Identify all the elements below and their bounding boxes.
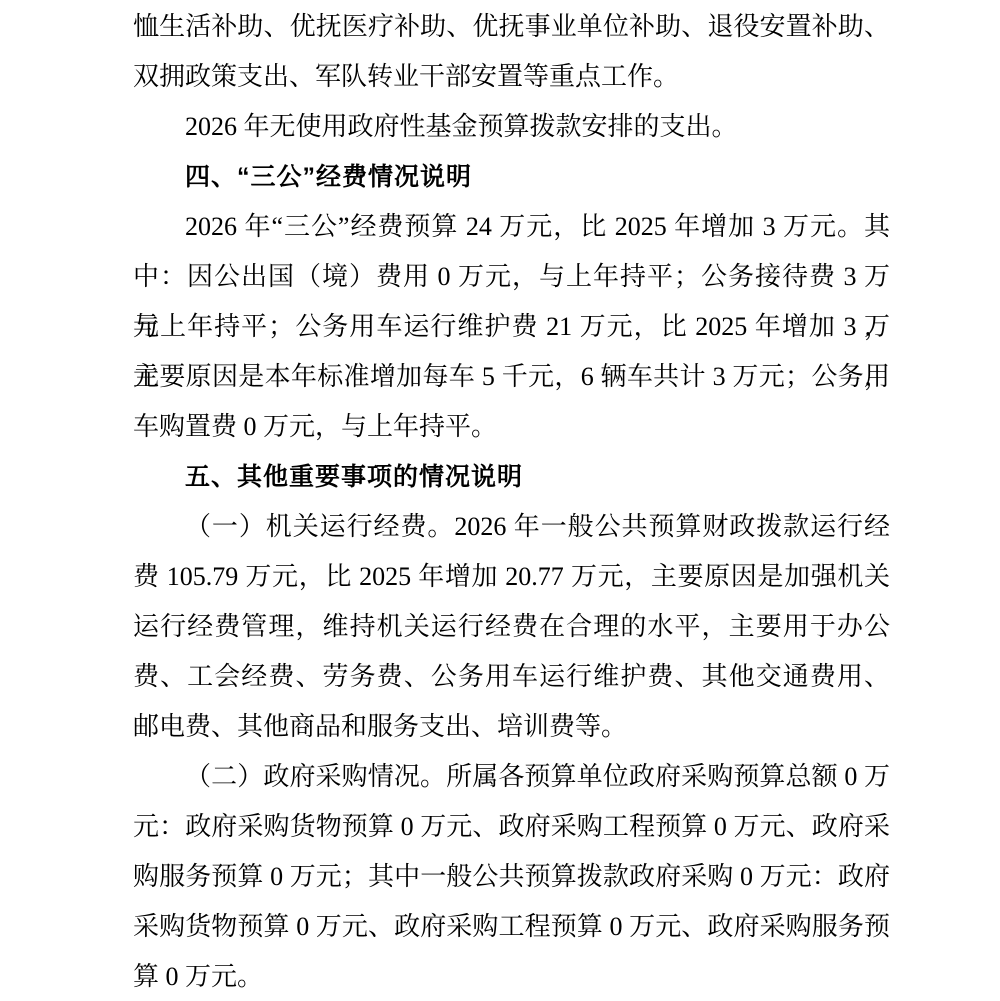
paragraph-line: （二）政府采购情况。所属各预算单位政府采购预算总额 0 万 xyxy=(133,752,890,802)
paragraph-line: 恤生活补助、优抚医疗补助、优抚事业单位补助、退役安置补助、 xyxy=(133,2,890,52)
paragraph-line: 邮电费、其他商品和服务支出、培训费等。 xyxy=(133,702,890,752)
paragraph-line: （一）机关运行经费。2026 年一般公共预算财政拨款运行经 xyxy=(133,502,890,552)
paragraph-line: 双拥政策支出、军队转业干部安置等重点工作。 xyxy=(133,52,890,102)
paragraph-line: 2026 年“三公”经费预算 24 万元，比 2025 年增加 3 万元。其 xyxy=(133,202,890,252)
paragraph-line: 算 0 万元。 xyxy=(133,952,890,1001)
paragraph-line: 费 105.79 万元，比 2025 年增加 20.77 万元，主要原因是加强机… xyxy=(133,552,890,602)
section-5-heading: 五、其他重要事项的情况说明 xyxy=(133,452,890,502)
paragraph-line: 车购置费 0 万元，与上年持平。 xyxy=(133,402,890,452)
paragraph-line: 元：政府采购货物预算 0 万元、政府采购工程预算 0 万元、政府采 xyxy=(133,802,890,852)
paragraph-line: 费、工会经费、劳务费、公务用车运行维护费、其他交通费用、 xyxy=(133,652,890,702)
paragraph-line: 中：因公出国（境）费用 0 万元，与上年持平；公务接待费 3 万元， xyxy=(133,252,890,302)
section-4-heading: 四、“三公”经费情况说明 xyxy=(133,152,890,202)
paragraph-line: 采购货物预算 0 万元、政府采购工程预算 0 万元、政府采购服务预 xyxy=(133,902,890,952)
paragraph-line: 购服务预算 0 万元；其中一般公共预算拨款政府采购 0 万元：政府 xyxy=(133,852,890,902)
document-page: 恤生活补助、优抚医疗补助、优抚事业单位补助、退役安置补助、 双拥政策支出、军队转… xyxy=(0,0,1000,1001)
paragraph-line: 主要原因是本年标准增加每车 5 千元，6 辆车共计 3 万元；公务用 xyxy=(133,352,890,402)
paragraph-line: 2026 年无使用政府性基金预算拨款安排的支出。 xyxy=(133,102,890,152)
paragraph-line: 与上年持平；公务用车运行维护费 21 万元，比 2025 年增加 3 万元， xyxy=(133,302,890,352)
paragraph-line: 运行经费管理，维持机关运行经费在合理的水平，主要用于办公 xyxy=(133,602,890,652)
